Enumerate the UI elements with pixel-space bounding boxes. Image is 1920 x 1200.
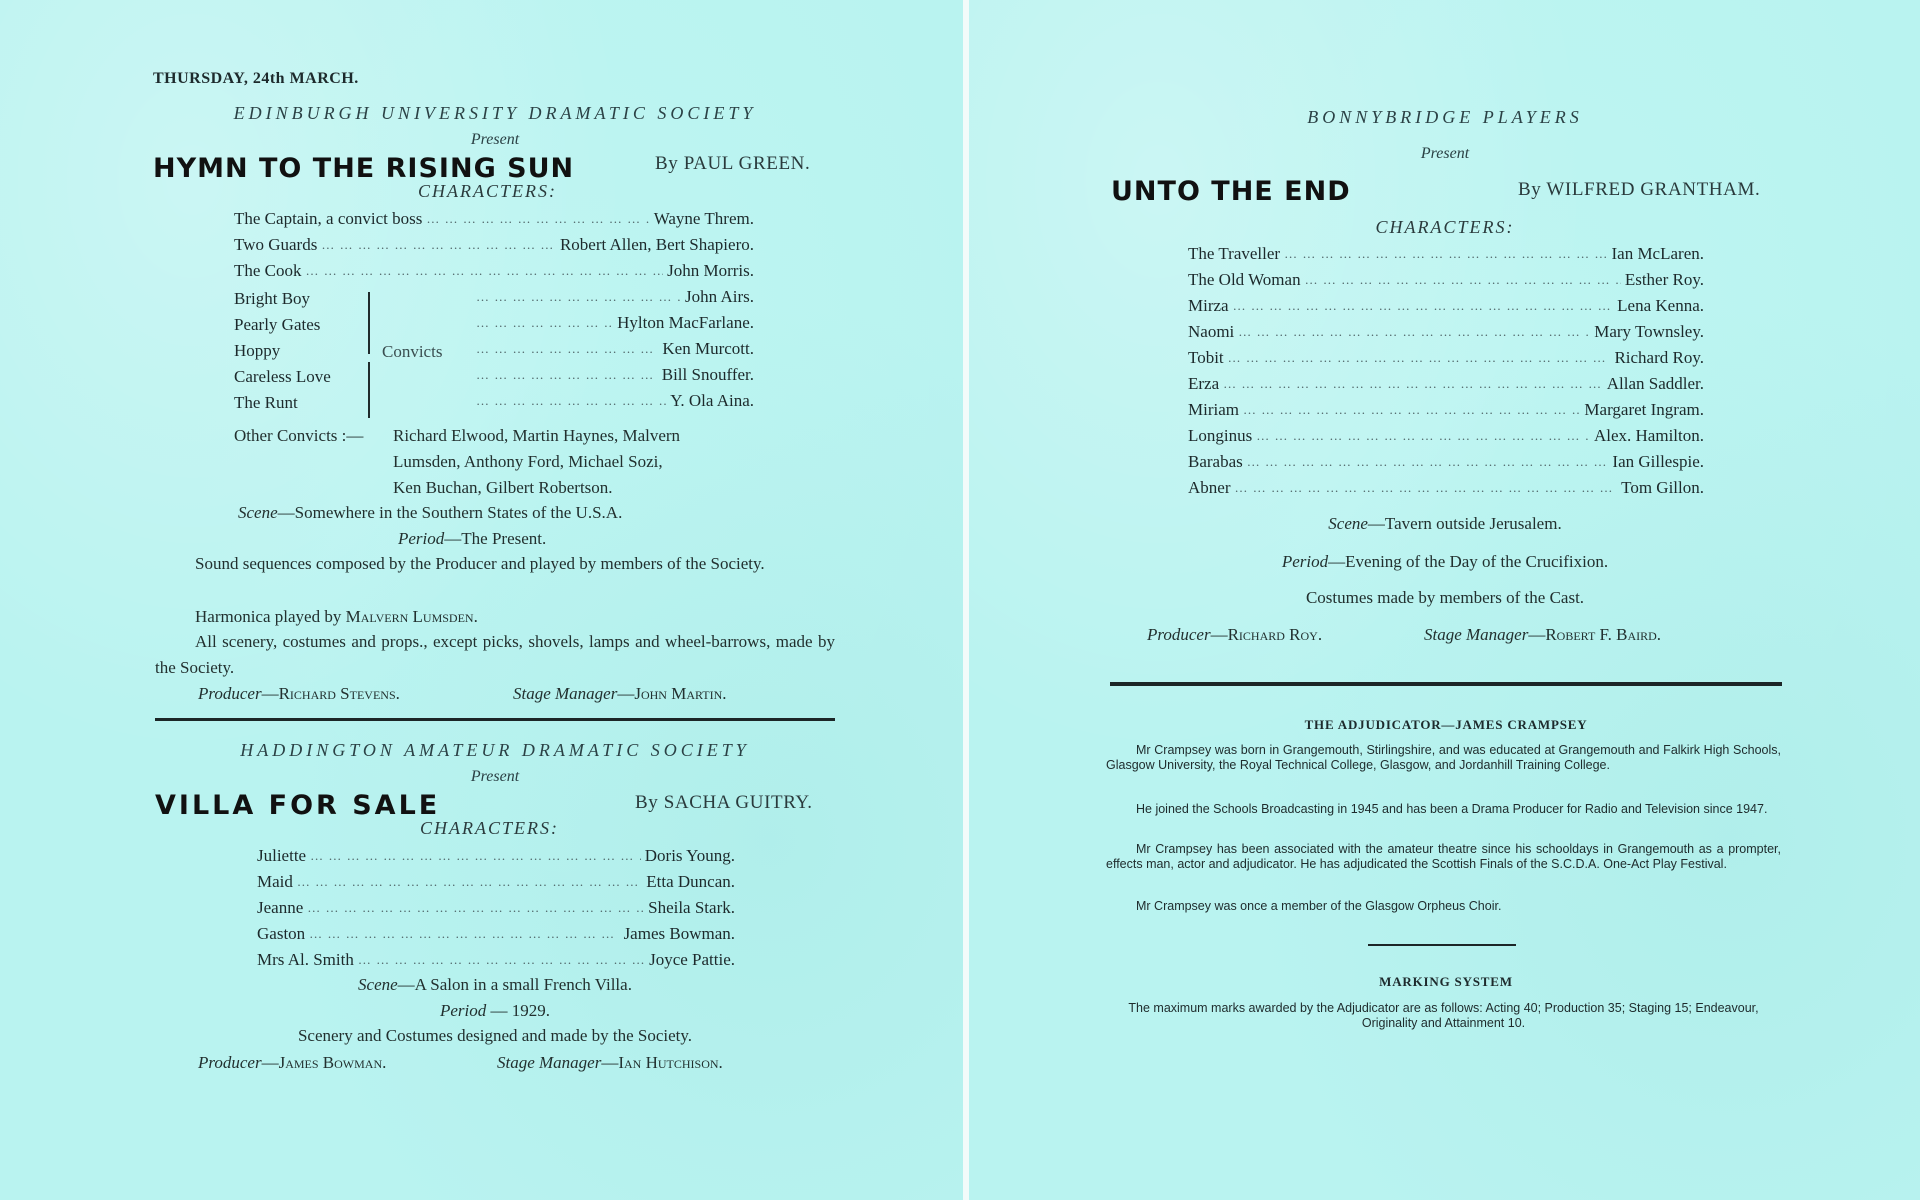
- period-text: —Evening of the Day of the Crucifixion.: [1328, 552, 1608, 571]
- leader-dots: [1247, 451, 1609, 473]
- leader-dots: [476, 338, 658, 360]
- present-label: Present: [1110, 145, 1780, 163]
- cast-row: MiriamMargaret Ingram.: [1188, 399, 1704, 421]
- characters-heading: CHARACTERS:: [418, 181, 557, 202]
- cast-row: JulietteDoris Young.: [257, 845, 735, 867]
- note-sound: Sound sequences composed by the Producer…: [155, 551, 835, 577]
- cast-actor: Etta Duncan.: [646, 871, 735, 893]
- cast-role: The Old Woman: [1188, 269, 1301, 291]
- cast-row: JeanneSheila Stark.: [257, 897, 735, 919]
- producer-line: Producer—Richard Stevens.: [198, 681, 400, 707]
- leader-dots: [1233, 295, 1614, 317]
- other-convicts-line: Richard Elwood, Martin Haynes, Malvern: [393, 423, 680, 449]
- leader-dots: [476, 390, 666, 412]
- producer-label: Producer: [198, 1053, 262, 1072]
- short-divider: [1368, 944, 1516, 946]
- cast-role: Juliette: [257, 845, 306, 867]
- note-harmonica: Harmonica played by Malvern Lumsden.: [195, 604, 478, 630]
- producer-name: —Richard Stevens.: [262, 684, 400, 703]
- cast-role: The Captain, a convict boss: [234, 208, 422, 230]
- scene-label: Scene: [358, 975, 398, 994]
- cast-role: Bright Boy: [234, 286, 331, 312]
- leader-dots: [309, 923, 619, 945]
- cast-row: The Old WomanEsther Roy.: [1188, 269, 1704, 291]
- scene-line: Scene—Somewhere in the Southern States o…: [238, 500, 622, 526]
- cast-row: John Airs.: [472, 286, 754, 308]
- leader-dots: [1284, 243, 1607, 265]
- period-line: Period—Evening of the Day of the Crucifi…: [1110, 549, 1780, 575]
- leader-dots: [1256, 425, 1590, 447]
- cast-row: Two GuardsRobert Allen, Bert Shapiero.: [234, 234, 754, 256]
- convict-roles: Bright Boy Pearly Gates Hoppy Careless L…: [234, 286, 331, 416]
- cast-actor: John Airs.: [685, 286, 754, 308]
- characters-heading: CHARACTERS:: [420, 818, 559, 839]
- scene-line: Scene—A Salon in a small French Villa.: [150, 972, 840, 998]
- cast-actor: Alex. Hamilton.: [1594, 425, 1704, 447]
- cast-row: Bill Snouffer.: [472, 364, 754, 386]
- stage-manager-name: —Robert F. Baird.: [1528, 625, 1661, 644]
- cast-row: The CookJohn Morris.: [234, 260, 754, 282]
- leader-dots: [1305, 269, 1621, 291]
- producer-line: Producer—James Bowman.: [198, 1050, 386, 1076]
- other-convicts-line: Lumsden, Anthony Ford, Michael Sozi,: [393, 449, 680, 475]
- other-convicts-list: Richard Elwood, Martin Haynes, Malvern L…: [393, 423, 680, 501]
- cast-actor: Lena Kenna.: [1617, 295, 1704, 317]
- producer-name: —Richard Roy.: [1211, 625, 1323, 644]
- other-convicts-label: Other Convicts :—: [234, 423, 363, 449]
- scene-line: Scene—Tavern outside Jerusalem.: [1110, 511, 1780, 537]
- bracket-bottom: [368, 362, 370, 418]
- period-text: — 1929.: [486, 1001, 550, 1020]
- adjudicator-paragraph: Mr Crampsey was once a member of the Gla…: [1106, 899, 1781, 914]
- adjudicator-heading: THE ADJUDICATOR—JAMES CRAMPSEY: [1106, 717, 1786, 733]
- performance-date: THURSDAY, 24th MARCH.: [153, 70, 359, 88]
- cast-actor: Richard Roy.: [1614, 347, 1704, 369]
- leader-dots: [1228, 347, 1611, 369]
- cast-role: Abner: [1188, 477, 1230, 499]
- cast-row: LonginusAlex. Hamilton.: [1188, 425, 1704, 447]
- leader-dots: [306, 260, 664, 282]
- scene-label: Scene: [238, 503, 278, 522]
- stage-manager-line: Stage Manager—Ian Hutchison.: [497, 1050, 723, 1076]
- leader-dots: [426, 208, 649, 230]
- cast-row: BarabasIan Gillespie.: [1188, 451, 1704, 473]
- scene-text: —Somewhere in the Southern States of the…: [278, 503, 623, 522]
- cast-row: NaomiMary Townsley.: [1188, 321, 1704, 343]
- cast-role: Barabas: [1188, 451, 1243, 473]
- cast-actor: Joyce Pattie.: [649, 949, 735, 971]
- cast-role: Pearly Gates: [234, 312, 331, 338]
- cast-actor: Mary Townsley.: [1594, 321, 1704, 343]
- period-label: Period: [1282, 552, 1328, 571]
- cast-role: Erza: [1188, 373, 1219, 395]
- cast-row: The TravellerIan McLaren.: [1188, 243, 1704, 265]
- play-title: VILLA FOR SALE: [155, 790, 440, 821]
- cast-actor: Wayne Threm.: [654, 208, 754, 230]
- cast-role: Jeanne: [257, 897, 303, 919]
- costumes-note: Costumes made by members of the Cast.: [1110, 585, 1780, 611]
- play-author: By WILFRED GRANTHAM.: [1518, 179, 1760, 201]
- stage-manager-label: Stage Manager: [497, 1053, 601, 1072]
- play-author: By SACHA GUITRY.: [635, 792, 813, 814]
- cast-actor: Ken Murcott.: [662, 338, 754, 360]
- cast-actor: Bill Snouffer.: [662, 364, 754, 386]
- present-label: Present: [150, 768, 840, 786]
- society-name: HADDINGTON AMATEUR DRAMATIC SOCIETY: [150, 740, 840, 761]
- cast-role: Two Guards: [234, 234, 317, 256]
- cast-actor: Margaret Ingram.: [1584, 399, 1704, 421]
- cast-role: Miriam: [1188, 399, 1239, 421]
- marking-heading: MARKING SYSTEM: [1106, 974, 1786, 990]
- leader-dots: [358, 949, 645, 971]
- producer-label: Producer: [198, 684, 262, 703]
- cast-role: Longinus: [1188, 425, 1252, 447]
- leader-dots: [310, 845, 641, 867]
- cast-role: Mrs Al. Smith: [257, 949, 354, 971]
- cast-role: The Traveller: [1188, 243, 1280, 265]
- leader-dots: [476, 312, 613, 334]
- stage-manager-line: Stage Manager—John Martin.: [513, 681, 727, 707]
- stage-manager-label: Stage Manager: [1424, 625, 1528, 644]
- leader-dots: [476, 286, 681, 308]
- leader-dots: [307, 897, 644, 919]
- adjudicator-paragraph: He joined the Schools Broadcasting in 19…: [1106, 802, 1781, 817]
- adjudicator-paragraph: Mr Crampsey was born in Grangemouth, Sti…: [1106, 743, 1781, 773]
- characters-heading: CHARACTERS:: [1110, 217, 1780, 238]
- stage-manager-label: Stage Manager: [513, 684, 617, 703]
- cast-actor: John Morris.: [667, 260, 754, 282]
- other-convicts-line: Ken Buchan, Gilbert Robertson.: [393, 475, 680, 501]
- bracket-top: [368, 292, 370, 354]
- convicts-group-label: Convicts: [382, 342, 442, 362]
- scenery-note: Scenery and Costumes designed and made b…: [150, 1023, 840, 1049]
- cast-role: Gaston: [257, 923, 305, 945]
- programme-page-left: THURSDAY, 24th MARCH. EDINBURGH UNIVERSI…: [0, 0, 963, 1200]
- cast-actor: Doris Young.: [645, 845, 735, 867]
- scene-text: —A Salon in a small French Villa.: [398, 975, 632, 994]
- period-text: —The Present.: [444, 529, 546, 548]
- cast-row: Ken Murcott.: [472, 338, 754, 360]
- scene-text: —Tavern outside Jerusalem.: [1368, 514, 1562, 533]
- leader-dots: [476, 364, 658, 386]
- cast-actor: Allan Saddler.: [1607, 373, 1704, 395]
- cast-role: Mirza: [1188, 295, 1229, 317]
- cast-actor: Ian McLaren.: [1611, 243, 1704, 265]
- cast-actor: Robert Allen, Bert Shapiero.: [560, 234, 754, 256]
- cast-row: Y. Ola Aina.: [472, 390, 754, 412]
- stage-manager-name: —John Martin.: [617, 684, 726, 703]
- period-line: Period—The Present.: [398, 526, 546, 552]
- section-divider: [1110, 682, 1782, 686]
- cast-role: Careless Love: [234, 364, 331, 390]
- section-divider: [155, 718, 835, 721]
- cast-actor: Y. Ola Aina.: [670, 390, 754, 412]
- cast-role: Tobit: [1188, 347, 1224, 369]
- leader-dots: [1223, 373, 1603, 395]
- society-name: BONNYBRIDGE PLAYERS: [1110, 107, 1780, 128]
- harmonica-text: Harmonica played by: [195, 607, 346, 626]
- cast-row: TobitRichard Roy.: [1188, 347, 1704, 369]
- marking-text: The maximum marks awarded by the Adjudic…: [1106, 1001, 1781, 1031]
- cast-actor: James Bowman.: [624, 923, 735, 945]
- cast-role: The Runt: [234, 390, 331, 416]
- play-author: By PAUL GREEN.: [655, 153, 810, 175]
- stage-manager-line: Stage Manager—Robert F. Baird.: [1424, 622, 1661, 648]
- harmonica-player: Malvern Lumsden.: [346, 607, 478, 626]
- leader-dots: [1234, 477, 1617, 499]
- cast-row: Mrs Al. SmithJoyce Pattie.: [257, 949, 735, 971]
- play-title: UNTO THE END: [1111, 176, 1351, 207]
- cast-role: Hoppy: [234, 338, 331, 364]
- leader-dots: [297, 871, 642, 893]
- play-title: HYMN TO THE RISING SUN: [153, 153, 574, 184]
- society-name: EDINBURGH UNIVERSITY DRAMATIC SOCIETY: [150, 103, 840, 124]
- cast-row: Hylton MacFarlane.: [472, 312, 754, 334]
- period-label: Period: [440, 1001, 486, 1020]
- cast-actor: Sheila Stark.: [648, 897, 735, 919]
- cast-row: AbnerTom Gillon.: [1188, 477, 1704, 499]
- scene-label: Scene: [1328, 514, 1368, 533]
- note-scenery: All scenery, costumes and props., except…: [155, 629, 835, 681]
- cast-row: MirzaLena Kenna.: [1188, 295, 1704, 317]
- stage-manager-name: —Ian Hutchison.: [601, 1053, 722, 1072]
- cast-role: The Cook: [234, 260, 302, 282]
- cast-actor: Ian Gillespie.: [1612, 451, 1704, 473]
- cast-row: ErzaAllan Saddler.: [1188, 373, 1704, 395]
- cast-role: Naomi: [1188, 321, 1234, 343]
- cast-row: MaidEtta Duncan.: [257, 871, 735, 893]
- leader-dots: [321, 234, 556, 256]
- present-label: Present: [150, 131, 840, 149]
- cast-row: The Captain, a convict bossWayne Threm.: [234, 208, 754, 230]
- period-line: Period — 1929.: [150, 998, 840, 1024]
- producer-name: —James Bowman.: [262, 1053, 387, 1072]
- period-label: Period: [398, 529, 444, 548]
- cast-actor: Esther Roy.: [1625, 269, 1704, 291]
- cast-actor: Tom Gillon.: [1621, 477, 1704, 499]
- cast-actor: Hylton MacFarlane.: [617, 312, 754, 334]
- leader-dots: [1238, 321, 1590, 343]
- cast-row: GastonJames Bowman.: [257, 923, 735, 945]
- leader-dots: [1243, 399, 1580, 421]
- cast-role: Maid: [257, 871, 293, 893]
- adjudicator-paragraph: Mr Crampsey has been associated with the…: [1106, 842, 1781, 872]
- producer-line: Producer—Richard Roy.: [1147, 622, 1322, 648]
- producer-label: Producer: [1147, 625, 1211, 644]
